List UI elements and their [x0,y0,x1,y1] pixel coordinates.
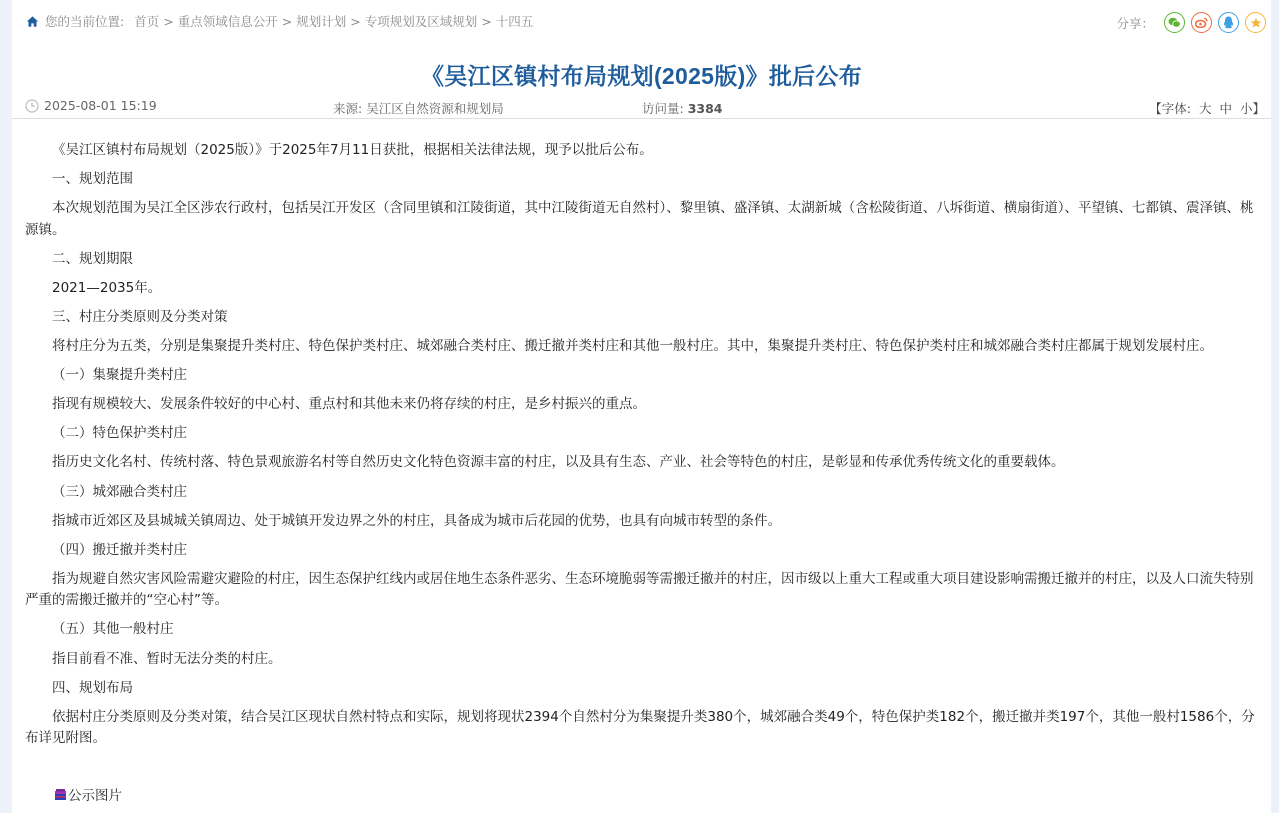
font-size-open: 【字体: [1149,101,1191,116]
archive-icon [54,788,67,801]
paragraph: 依据村庄分类原则及分类对策，结合吴江区现状自然村特点和实际，规划将现状2394个… [25,707,1259,750]
section-heading: 一、规划范围 [25,169,1259,191]
share-label: 分享： [1116,14,1154,32]
breadcrumb-separator: > [282,14,292,29]
publish-date: 2025-08-01 15:19 [25,98,157,113]
favorite-button[interactable] [1245,12,1266,33]
breadcrumb-key-areas[interactable]: 重点领域信息公开 [178,12,278,30]
breadcrumb-separator: > [481,14,491,29]
paragraph: 2021—2035年。 [25,278,1259,300]
paragraph: 《吴江区镇村布局规划（2025版）》于2025年7月11日获批，根据相关法律法规… [25,140,1259,162]
paragraph: 将村庄分为五类，分别是集聚提升类村庄、特色保护类村庄、城郊融合类村庄、搬迁撤并类… [25,336,1259,358]
home-icon [26,15,39,28]
font-size-control: 【字体: 大 中 小】 [1149,99,1265,117]
subsection-heading: （四）搬迁撤并类村庄 [25,540,1259,562]
section-heading: 二、规划期限 [25,249,1259,271]
clock-icon [25,99,39,113]
breadcrumb-special-planning[interactable]: 专项规划及区域规划 [365,12,478,30]
article-meta: 2025-08-01 15:19 来源: 吴江区自然资源和规划局 访问量: 33… [12,96,1271,119]
visits-label: 访问量: [642,101,684,116]
section-heading: 四、规划布局 [25,678,1259,700]
page-container: 您的当前位置: 首页 > 重点领域信息公开 > 规划计划 > 专项规划及区域规划… [12,0,1271,813]
paragraph: 本次规划范围为吴江全区涉农行政村，包括吴江开发区（含同里镇和江陵街道，其中江陵街… [25,198,1259,241]
qq-icon [1223,16,1234,29]
attachment-label: 公示图片 [68,784,122,804]
font-size-close: 】 [1252,101,1265,116]
breadcrumb-planning[interactable]: 规划计划 [296,12,346,30]
publish-date-text: 2025-08-01 15:19 [44,98,157,113]
article-body: 《吴江区镇村布局规划（2025版）》于2025年7月11日获批，根据相关法律法规… [25,140,1259,757]
breadcrumb: 您的当前位置: 首页 > 重点领域信息公开 > 规划计划 > 专项规划及区域规划… [26,12,533,30]
paragraph: 指城市近郊区及县城城关镇周边、处于城镇开发边界之外的村庄，具备成为城市后花园的优… [25,511,1259,533]
paragraph: 指为规避自然灾害风险需避灾避险的村庄，因生态保护红线内或居住地生态条件恶劣、生态… [25,569,1259,612]
breadcrumb-home[interactable]: 首页 [134,12,159,30]
article-source: 来源: 吴江区自然资源和规划局 [333,99,504,117]
source-label: 来源: [333,101,362,116]
subsection-heading: （三）城郊融合类村庄 [25,482,1259,504]
section-heading: 三、村庄分类原则及分类对策 [25,307,1259,329]
attachment-link[interactable]: 公示图片 [54,784,122,804]
paragraph: 指现有规模较大、发展条件较好的中心村、重点村和其他未来仍将存续的村庄，是乡村振兴… [25,394,1259,416]
wechat-icon [1168,17,1181,28]
breadcrumb-14th-five-year[interactable]: 十四五 [496,12,534,30]
qq-share-button[interactable] [1218,12,1239,33]
font-size-large[interactable]: 大 [1199,101,1212,116]
visit-count: 访问量: 3384 [642,99,723,117]
weibo-icon [1195,17,1208,28]
wechat-share-button[interactable] [1164,12,1185,33]
subsection-heading: （二）特色保护类村庄 [25,423,1259,445]
visits-value: 3384 [688,101,723,116]
breadcrumb-separator: > [163,14,173,29]
font-size-small[interactable]: 小 [1240,101,1253,116]
share-bar: 分享： [1116,12,1266,33]
subsection-heading: （一）集聚提升类村庄 [25,365,1259,387]
subsection-heading: （五）其他一般村庄 [25,619,1259,641]
weibo-share-button[interactable] [1191,12,1212,33]
breadcrumb-label: 您的当前位置: [45,12,124,30]
top-bar: 您的当前位置: 首页 > 重点领域信息公开 > 规划计划 > 专项规划及区域规划… [12,0,1271,40]
breadcrumb-separator: > [350,14,360,29]
source-value: 吴江区自然资源和规划局 [366,101,504,116]
paragraph: 指目前看不准、暂时无法分类的村庄。 [25,649,1259,671]
paragraph: 指历史文化名村、传统村落、特色景观旅游名村等自然历史文化特色资源丰富的村庄，以及… [25,452,1259,474]
font-size-medium[interactable]: 中 [1219,101,1232,116]
article-title: 《吴江区镇村布局规划(2025版)》批后公布 [12,58,1271,91]
star-icon [1250,17,1262,29]
